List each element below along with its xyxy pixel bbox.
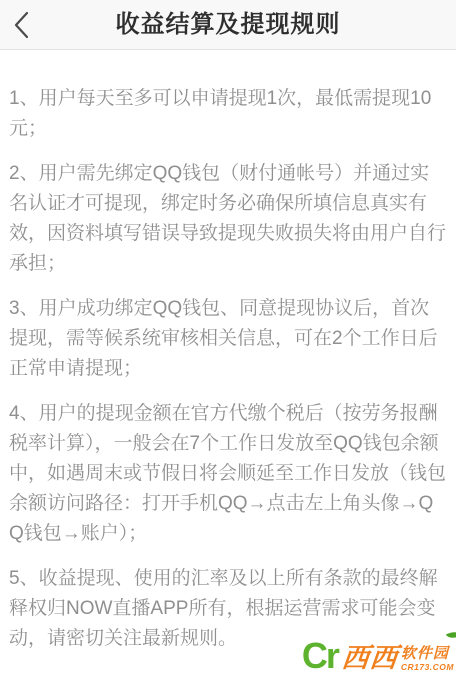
header: 收益结算及提现规则 xyxy=(0,0,456,50)
rules-content: 1、用户每天至多可以申请提现1次，最低需提现10元； 2、用户需先绑定QQ钱包（… xyxy=(0,50,456,654)
withdrawal-rules-screen: 收益结算及提现规则 1、用户每天至多可以申请提现1次，最低需提现10元； 2、用… xyxy=(0,0,456,679)
back-button[interactable] xyxy=(4,0,40,49)
xixi-logo-text: 西西 xyxy=(340,643,399,673)
rule-item-3: 3、用户成功绑定QQ钱包、同意提现协议后，首次提现，需等候系统审核相关信息，可在… xyxy=(9,294,447,384)
chevron-left-icon xyxy=(11,10,33,40)
software-park-label: 软件园 xyxy=(401,646,449,662)
watermark-logo: Cr 西西 软件园 CR173.COM xyxy=(302,635,454,673)
rule-item-4: 4、用户的提现金额在官方代缴个税后（按劳务报酬税率计算），一般会在7个工作日发放… xyxy=(9,399,447,549)
rule-item-1: 1、用户每天至多可以申请提现1次，最低需提现10元； xyxy=(9,84,447,144)
cr-logo-text: Cr xyxy=(302,639,338,673)
rule-item-2: 2、用户需先绑定QQ钱包（财付通帐号）并通过实名认证才可提现，绑定时务必确保所填… xyxy=(9,159,447,279)
page-title: 收益结算及提现规则 xyxy=(116,0,341,49)
domain-label: CR173.COM xyxy=(401,662,454,672)
watermark-caption: 软件园 CR173.COM xyxy=(401,646,454,673)
